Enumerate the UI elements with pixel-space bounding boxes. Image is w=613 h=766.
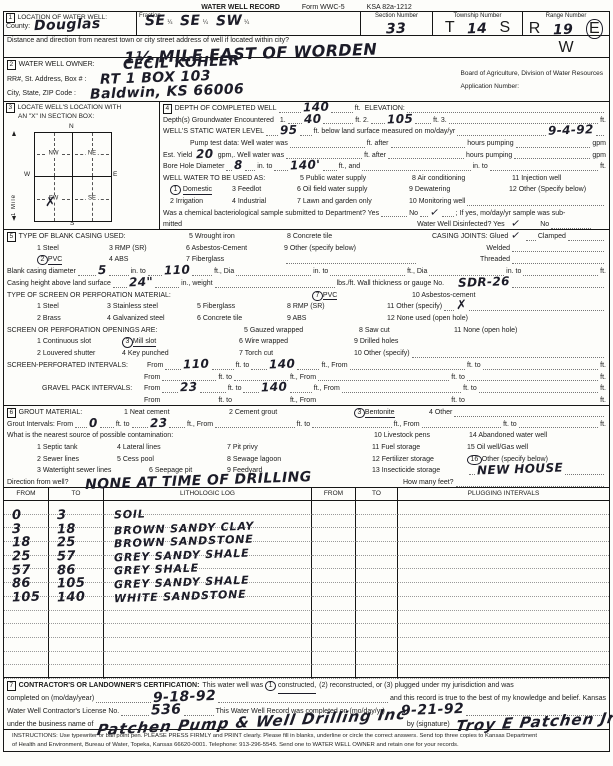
table-cell (356, 624, 398, 638)
option[interactable]: 7 Pit privy (227, 442, 372, 454)
litho-table-body: 03SOIL318BROWN SANDY CLAY1825BROWN SANDS… (4, 501, 609, 679)
circled-number: 3 (354, 408, 365, 418)
page-header: WATER WELL RECORD Form WWC-5 KSA 82a-121… (0, 0, 613, 11)
use-line-2: 1 Domestic 3 Feedlot 6 Oil field water s… (160, 184, 609, 196)
in-to-label: in. to (313, 266, 328, 278)
in-to-label: in. to (257, 161, 272, 173)
option[interactable]: 9 Dewatering (409, 184, 509, 196)
city-value: Baldwin, KS 66006 (90, 89, 244, 94)
dotted-leader (312, 426, 391, 428)
table-cell (104, 665, 312, 679)
county-value: Douglas (34, 24, 101, 26)
option[interactable]: 1 Continuous slot (37, 336, 122, 348)
gpm-label: gpm (592, 138, 606, 150)
lithologic-row: 86105GREY SANDY SHALE (4, 569, 609, 583)
option-selected[interactable]: 3Mill slot (122, 336, 239, 348)
option[interactable]: 6 Concrete tile (197, 313, 287, 325)
table-cell (312, 515, 356, 529)
ft-and-label: ft., and (339, 161, 360, 173)
option[interactable]: 8 Air conditioning (412, 173, 512, 185)
township-s: S (500, 19, 511, 36)
log-value: GREY SANDY SHALE (114, 554, 249, 559)
range-cell: Range Number R 19 EW (522, 12, 609, 35)
screen-intervals-line-2: From ft. to ft., From ft. to ft. (4, 372, 609, 384)
pump-test-line: Pump test data: Well water was ft. after… (160, 138, 609, 150)
depth-label: DEPTH OF COMPLETED WELL (175, 103, 277, 115)
measured-date-value: 9-4-92 (548, 129, 594, 131)
dotted-leader (512, 250, 604, 252)
east-label: E (113, 171, 117, 178)
option[interactable]: 6 Asbestos-Cement (186, 243, 284, 255)
ft-to-label: ft. to (451, 372, 465, 384)
from-value: 105 (12, 598, 40, 599)
groundwater-line: Depth(s) Groundwater Encountered 1. 40 f… (160, 115, 609, 127)
table-cell (49, 665, 104, 679)
license-value: 536 (151, 709, 181, 710)
table-cell (398, 501, 609, 515)
instructions-line-2: of Health and Environment, Bureau of Wat… (12, 741, 601, 750)
ft-to-label: ft. to (297, 419, 311, 431)
option[interactable]: 5 Public water supply (300, 173, 412, 185)
lithologic-row (4, 665, 609, 679)
dotted-leader (444, 309, 454, 311)
option[interactable]: 10 Other (specify) (354, 348, 410, 360)
dotted-leader (323, 169, 337, 171)
table-cell (312, 611, 356, 625)
from-header: FROM (4, 488, 49, 500)
dotted-leader (331, 111, 353, 113)
plug-to-header: TO (356, 488, 398, 500)
direction-value: NONE AT TIME OF DRILLING (85, 477, 312, 485)
section-square[interactable]: NW NE SW ✗ SE (34, 132, 112, 222)
bore-to-value: 140' (290, 165, 320, 166)
ft-label: ft. (355, 103, 361, 115)
ft-to-label: ft. to (463, 383, 477, 395)
dotted-leader (391, 146, 466, 148)
section-3-number: 3 (6, 103, 15, 113)
option[interactable]: 1 Septic tank (37, 442, 117, 454)
checkmark-value: ✓ (511, 224, 521, 225)
option[interactable]: 8 Sewage lagoon (227, 454, 372, 466)
log-value: WHITE SANDSTONE (114, 595, 246, 600)
lithologic-row: 318BROWN SANDY CLAY (4, 515, 609, 529)
bore-hole-line: Bore Hole Diameter 8 in. to 140' ft., an… (160, 161, 609, 173)
sample-line: Was a chemical bacteriological sample su… (160, 208, 609, 220)
range-r: R (529, 20, 541, 37)
option[interactable]: 12 Fertilizer storage (372, 454, 467, 466)
option[interactable]: 13 Insecticide storage (372, 465, 467, 477)
option[interactable]: 10 Livestock pens (374, 430, 469, 442)
range-value: 19 (553, 30, 573, 31)
lithologic-row (4, 597, 609, 611)
ft-label: ft. (600, 419, 606, 431)
option[interactable]: 9 Drilled holes (354, 336, 398, 348)
table-cell (312, 597, 356, 611)
option[interactable]: 1 Steel (37, 301, 107, 313)
dotted-leader (286, 262, 416, 264)
dotted-leader (551, 227, 591, 229)
lithologic-row: 1825BROWN SANDSTONE (4, 528, 609, 542)
option[interactable]: 1 Neat cement (124, 407, 229, 419)
gw1-value: 40 (304, 118, 321, 119)
wall-label: lbs./ft. Wall thickness or gauge No. (337, 278, 445, 290)
from-value: 18 (12, 543, 31, 544)
option[interactable]: 4 Galvanized steel (107, 313, 197, 325)
option-label: Bentonite (365, 409, 395, 418)
grout-to-value: 23 (150, 422, 167, 423)
ft-to-label: ft. to (218, 372, 232, 384)
option-selected[interactable]: 1 Domestic (170, 184, 232, 196)
cert-line-2: completed on (mo/day/year) 9-18-92 and t… (4, 692, 609, 705)
in-to-label: in. to (473, 161, 488, 173)
table-cell (356, 638, 398, 652)
option[interactable]: 2 Brass (37, 313, 107, 325)
section-2-number: 2 (7, 60, 16, 70)
option[interactable]: 6 Oil field water supply (297, 184, 409, 196)
completed-date-value: 9-18-92 (153, 696, 216, 698)
lithologic-row (4, 624, 609, 638)
use-line-3: 2 Irrigation 4 Industrial 7 Lawn and gar… (160, 196, 609, 208)
dotted-leader (457, 134, 546, 136)
dotted-leader (456, 485, 604, 487)
dotted-leader (200, 391, 226, 393)
table-cell (356, 597, 398, 611)
option[interactable]: 4 Industrial (232, 196, 297, 208)
ft-to-label: ft. to (236, 360, 250, 372)
option[interactable]: 2 Sewer lines (37, 454, 117, 466)
option[interactable]: 8 Saw cut (359, 325, 454, 337)
option[interactable]: 1 Steel (37, 243, 109, 255)
weight-label: in., weight (181, 278, 213, 290)
dotted-leader (155, 286, 179, 288)
log-value: GREY SHALE (114, 568, 199, 571)
option[interactable]: 11 None (open hole) (454, 325, 517, 337)
dotted-leader (388, 157, 464, 159)
ft-from-label: ft., From (394, 419, 420, 431)
table-cell (312, 556, 356, 570)
form-number: Form WWC-5 (302, 4, 345, 11)
static-level-value: 95 (280, 130, 297, 131)
cert-line-4: under the business name of Patchen Pump … (4, 718, 609, 731)
ft-label: ft. (600, 360, 606, 372)
to-header: TO (49, 488, 104, 500)
height-value: 24" (129, 281, 153, 282)
option[interactable]: 2 Cement grout (229, 407, 354, 419)
log-value: BROWN SANDSTONE (114, 540, 254, 545)
gauge-value: SDR-26 (458, 281, 510, 283)
section-3-locate: 3LOCATE WELL'S LOCATION WITH AN "X" IN S… (4, 102, 160, 229)
table-cell (398, 652, 609, 666)
static-level-label: WELL'S STATIC WATER LEVEL (163, 126, 264, 138)
option-label: PVC (323, 292, 337, 301)
table-cell (398, 556, 609, 570)
dotted-leader (113, 286, 127, 288)
screen-to-value: 140 (269, 363, 295, 364)
option[interactable]: 2 Irrigation (170, 196, 232, 208)
grout-intervals-label: Grout Intervals: From (7, 419, 73, 431)
table-cell: 0 (4, 501, 49, 515)
table-cell (49, 638, 104, 652)
ft-label: ft. (600, 266, 606, 278)
quarter-glyph: ¼ (203, 20, 208, 26)
option[interactable]: 4 Lateral lines (117, 442, 227, 454)
table-cell (312, 501, 356, 515)
table-cell: SOIL (104, 501, 312, 515)
dotted-leader (415, 122, 431, 124)
table-cell (312, 583, 356, 597)
dotted-leader (245, 169, 255, 171)
ne-label: NE (86, 151, 98, 157)
dotted-leader (215, 426, 294, 428)
option[interactable]: 3 RMP (SR) (109, 243, 186, 255)
option[interactable]: 12 None used (open hole) (387, 313, 468, 325)
dotted-leader (342, 391, 461, 393)
table-cell (4, 665, 49, 679)
fraction-cell: Fraction SE ¼ SE ¼ SW ¼ (136, 12, 360, 35)
table-cell (356, 665, 398, 679)
openings-title: SCREEN OR PERFORATION OPENINGS ARE: (7, 325, 244, 337)
spacer (234, 404, 288, 405)
option-selected[interactable]: 7PVC (312, 290, 412, 302)
welded-label[interactable]: Welded (486, 243, 510, 255)
dotted-leader (300, 134, 312, 136)
threaded-label[interactable]: Threaded (480, 254, 510, 266)
table-cell (49, 624, 104, 638)
option[interactable]: 12 Other (Specify below) (509, 184, 586, 196)
table-cell (104, 652, 312, 666)
option[interactable]: 7 Fiberglass (186, 254, 284, 266)
option[interactable]: 7 Torch cut (239, 348, 354, 360)
dotted-leader (565, 473, 604, 475)
circled-number: 2 (37, 255, 48, 265)
option[interactable]: 5 Fiberglass (197, 301, 287, 313)
option[interactable]: 3 Stainless steel (107, 301, 197, 313)
application-number-label: Application Number: (461, 83, 603, 90)
section-number-value: 33 (386, 29, 406, 30)
dotted-leader (490, 169, 598, 171)
one-mile-scale: 1 Mile (9, 131, 19, 221)
table-cell (356, 528, 398, 542)
contamination-line-2: 1 Septic tank 4 Lateral lines 7 Pit priv… (4, 442, 609, 454)
lithologic-table: FROM TO LITHOLOGIC LOG FROM TO PLUGGING … (4, 488, 609, 678)
dotted-leader (318, 379, 449, 381)
clamped-label[interactable]: Clamped (538, 231, 566, 243)
to-value: 57 (57, 557, 76, 558)
ft-from-label: ft., From (314, 383, 340, 395)
dotted-leader (75, 426, 87, 428)
dotted-leader (568, 239, 604, 241)
nw-label: NW (47, 151, 61, 157)
dotted-leader (290, 146, 365, 148)
table-cell (312, 665, 356, 679)
checkmark-value: ✓ (511, 235, 521, 236)
option[interactable]: 8 RMP (SR) (287, 301, 387, 313)
arrow-down-icon (12, 216, 16, 221)
to-value: 105 (57, 584, 85, 585)
table-cell (356, 501, 398, 515)
dotted-leader (467, 204, 604, 206)
dotted-leader (236, 274, 311, 276)
spacer (318, 404, 449, 405)
dotted-leader (109, 274, 129, 276)
dotted-leader (290, 391, 312, 393)
option[interactable]: 8 Concrete tile (287, 231, 432, 243)
after-label: ft. after (364, 150, 386, 162)
dotted-leader (526, 239, 536, 241)
quadrant-nw[interactable]: NW (35, 133, 73, 177)
gw2-value: 105 (387, 118, 413, 119)
agency-block: Board of Agriculture, Division of Water … (461, 70, 603, 90)
log-value: GREY SANDY SHALE (114, 581, 249, 586)
screen-from-value: 110 (183, 363, 209, 364)
yield-mid-label: gpm,. Well water was (218, 150, 284, 162)
option[interactable]: 3 Feedlot (232, 184, 297, 196)
section-7-certification: 7 CONTRACTOR'S OR LANDOWNER'S CERTIFICAT… (4, 678, 609, 730)
diameter-to-value: 110 (164, 270, 190, 271)
lithologic-row (4, 638, 609, 652)
ft-label: ft. (600, 372, 606, 384)
dotted-leader (422, 426, 501, 428)
circled-number: 7 (312, 291, 323, 301)
table-cell (356, 583, 398, 597)
joints-label: CASING JOINTS: Glued (432, 231, 508, 243)
to-value: 25 (57, 543, 76, 544)
no-label[interactable]: No (409, 208, 418, 220)
quadrant-se[interactable]: SE (73, 177, 111, 221)
hours-label: hours pumping (467, 138, 513, 150)
option[interactable]: 11 Injection well (512, 173, 561, 185)
depth-value: 140 (303, 107, 329, 108)
from-label: From (147, 360, 163, 372)
dotted-leader (274, 169, 288, 171)
section-1-number: 1 (6, 13, 15, 23)
option-selected[interactable]: 3Bentonite (354, 407, 429, 419)
static-level-line: WELL'S STATIC WATER LEVEL 95 ft. below l… (160, 126, 609, 138)
option[interactable]: 5 Gauzed wrapped (244, 325, 359, 337)
plugging-header: PLUGGING INTERVALS (398, 488, 609, 500)
from-label: From (144, 383, 160, 395)
fraction-3-value: SW (216, 21, 242, 22)
openings-line-2: 1 Continuous slot 3Mill slot 6 Wire wrap… (4, 336, 609, 348)
completed-label: completed on (mo/day/year) (7, 692, 94, 705)
option[interactable]: 4 Key punched (122, 348, 239, 360)
table-cell (312, 528, 356, 542)
dotted-leader (523, 274, 598, 276)
option[interactable]: 9 Other (specify below) (284, 243, 429, 255)
lithologic-row (4, 611, 609, 625)
table-cell (398, 569, 609, 583)
dotted-leader (96, 701, 151, 703)
table-cell (4, 624, 49, 638)
option-label: Domestic (183, 186, 212, 195)
table-cell: 3 (49, 501, 104, 515)
signature-value: Troy E Patchen Jr (456, 718, 613, 726)
casing-height-line: Casing height above land surface 24" in.… (4, 278, 609, 290)
log-value: SOIL (114, 514, 146, 515)
option[interactable]: 4 Other (429, 407, 452, 419)
dotted-leader (192, 274, 212, 276)
dotted-leader (266, 134, 278, 136)
gravel-from-value: 23 (180, 387, 197, 388)
section-6-grout: 6GROUT MATERIAL: 1 Neat cement 2 Cement … (4, 406, 609, 488)
casing-line-2: 1 Steel 3 RMP (SR) 6 Asbestos-Cement 9 O… (4, 243, 609, 255)
county-label: County: (6, 23, 30, 30)
use-line-1: WELL WATER TO BE USED AS: 5 Public water… (160, 173, 609, 185)
option[interactable]: 2 Louvered shutter (37, 348, 122, 360)
cert-text: (2) reconstructed, or (3) plugged under … (319, 679, 514, 692)
table-cell (49, 611, 104, 625)
yield-label: Est. Yield (163, 150, 192, 162)
table-cell (312, 652, 356, 666)
fraction-2-value: SE (180, 21, 200, 22)
table-cell (49, 652, 104, 666)
table-cell (4, 611, 49, 625)
lithologic-row: 03SOIL (4, 501, 609, 515)
option[interactable]: 7 Lawn and garden only (297, 196, 409, 208)
contamination-line-1: What is the nearest source of possible c… (4, 430, 609, 442)
ft-label: ft. (600, 115, 606, 127)
water-well-form: 1LOCATION OF WATER WELL: County:Douglas … (3, 11, 610, 752)
city-label: City, State, ZIP Code : (7, 87, 76, 102)
table-cell (398, 515, 609, 529)
section-number-cell: Section Number 33 (360, 12, 432, 35)
township-value: 14 (467, 29, 487, 30)
dotted-leader (212, 368, 234, 370)
section-number-label: Section Number (363, 13, 430, 19)
from-label: From (144, 372, 160, 384)
section-6-number: 6 (7, 408, 16, 418)
dotted-leader (297, 368, 319, 370)
option[interactable]: 5 Wrought iron (189, 231, 287, 243)
option-label: Mill slot (133, 338, 156, 347)
gw3-label: ft. 3. (433, 115, 447, 127)
dotted-leader (226, 169, 232, 171)
circled-number: 3 (122, 337, 133, 347)
dotted-leader (467, 379, 598, 381)
quadrant-sw[interactable]: SW ✗ (35, 177, 73, 221)
instructions: INSTRUCTIONS: Use typewriter or ball poi… (4, 730, 609, 751)
dotted-leader (279, 111, 301, 113)
ft-to-label: ft. to (116, 419, 130, 431)
openings-line-3: 2 Louvered shutter 4 Key punched 7 Torch… (4, 348, 609, 360)
license-label: Water Well Contractor's License No. (7, 705, 119, 718)
spacer (467, 404, 598, 405)
option[interactable]: 11 Other (specify) (387, 301, 442, 313)
table-cell (104, 611, 312, 625)
sample-question: Was a chemical bacteriological sample su… (163, 208, 379, 220)
spacer (162, 404, 216, 405)
static-level-mid: ft. below land surface measured on mo/da… (314, 126, 456, 138)
quadrant-ne[interactable]: NE (73, 133, 111, 177)
option[interactable]: 15 Oil well/Gas well (467, 442, 528, 454)
table-cell (312, 542, 356, 556)
option[interactable]: 9 ABS (287, 313, 387, 325)
screen-material-line: TYPE OF SCREEN OR PERFORATION MATERIAL: … (4, 290, 609, 302)
yield-line: Est. Yield 20 gpm,. Well water was ft. a… (160, 150, 609, 162)
option[interactable]: 5 Cess pool (117, 454, 227, 466)
gpm-label: gpm (592, 150, 606, 162)
table-cell (398, 624, 609, 638)
option[interactable]: 11 Fuel storage (372, 442, 467, 454)
dotted-leader (420, 215, 428, 217)
option[interactable]: 14 Abandoned water well (469, 430, 547, 442)
dotted-leader (132, 426, 148, 428)
location-cell: 1LOCATION OF WATER WELL: County:Douglas (4, 12, 136, 35)
hours-label: hours pumping (466, 150, 512, 162)
constructed-label: constructed, (278, 679, 316, 694)
option[interactable]: 6 Wire wrapped (239, 336, 354, 348)
ft-label: ft. (600, 383, 606, 395)
